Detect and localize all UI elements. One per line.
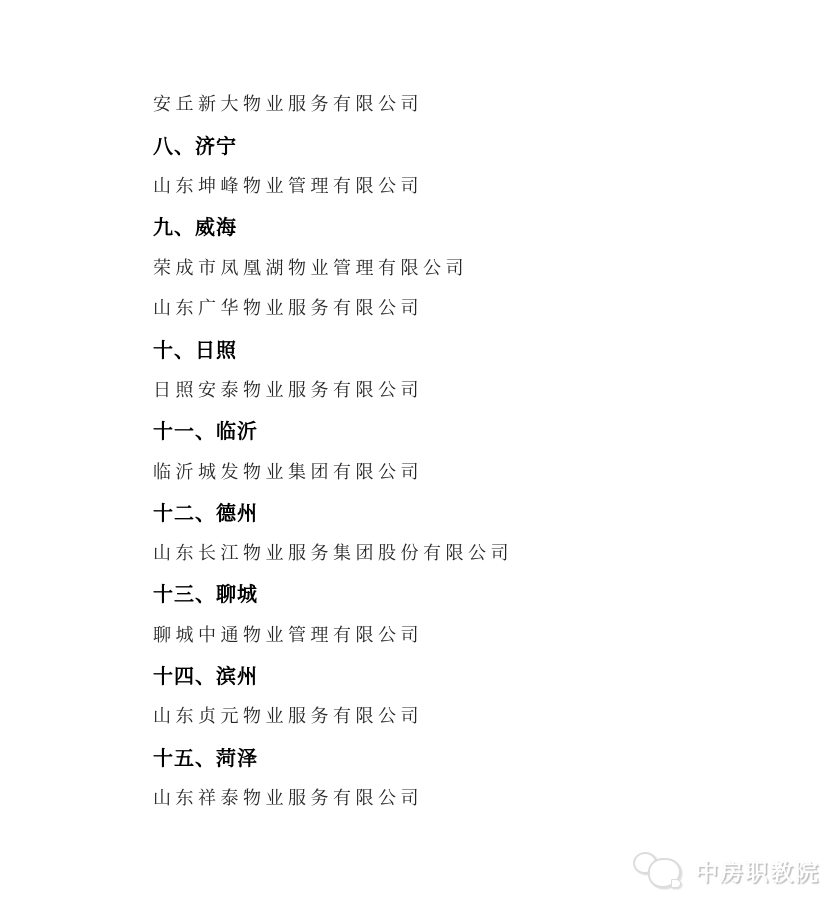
document-body: 安丘新大物业服务有限公司八、济宁山东坤峰物业管理有限公司九、威海荣成市凤凰湖物业…	[153, 83, 513, 817]
chat-bubble-tail	[671, 879, 681, 888]
company-name: 聊城中通物业管理有限公司	[153, 613, 513, 654]
company-name: 山东祥泰物业服务有限公司	[153, 777, 513, 818]
section-heading: 十三、聊城	[153, 573, 513, 614]
company-name: 临沂城发物业集团有限公司	[153, 450, 513, 491]
company-name: 安丘新大物业服务有限公司	[153, 83, 513, 124]
section-heading: 十二、德州	[153, 491, 513, 532]
section-heading: 九、威海	[153, 205, 513, 246]
company-name: 山东广华物业服务有限公司	[153, 287, 513, 328]
watermark-label: 中房职教院	[695, 854, 820, 887]
company-name: 山东贞元物业服务有限公司	[153, 695, 513, 736]
watermark: 中房职教院	[631, 847, 820, 893]
section-heading: 十一、临沂	[153, 409, 513, 450]
section-heading: 十、日照	[153, 328, 513, 369]
section-heading: 十五、菏泽	[153, 736, 513, 777]
page: { "document": { "lines": [ { "type": "co…	[0, 0, 827, 907]
company-name: 山东长江物业服务集团股份有限公司	[153, 532, 513, 573]
section-heading: 八、济宁	[153, 124, 513, 165]
section-heading: 十四、滨州	[153, 654, 513, 695]
chat-bubbles-icon	[631, 847, 685, 893]
company-name: 荣成市凤凰湖物业管理有限公司	[153, 246, 513, 287]
company-name: 日照安泰物业服务有限公司	[153, 369, 513, 410]
company-name: 山东坤峰物业管理有限公司	[153, 165, 513, 206]
